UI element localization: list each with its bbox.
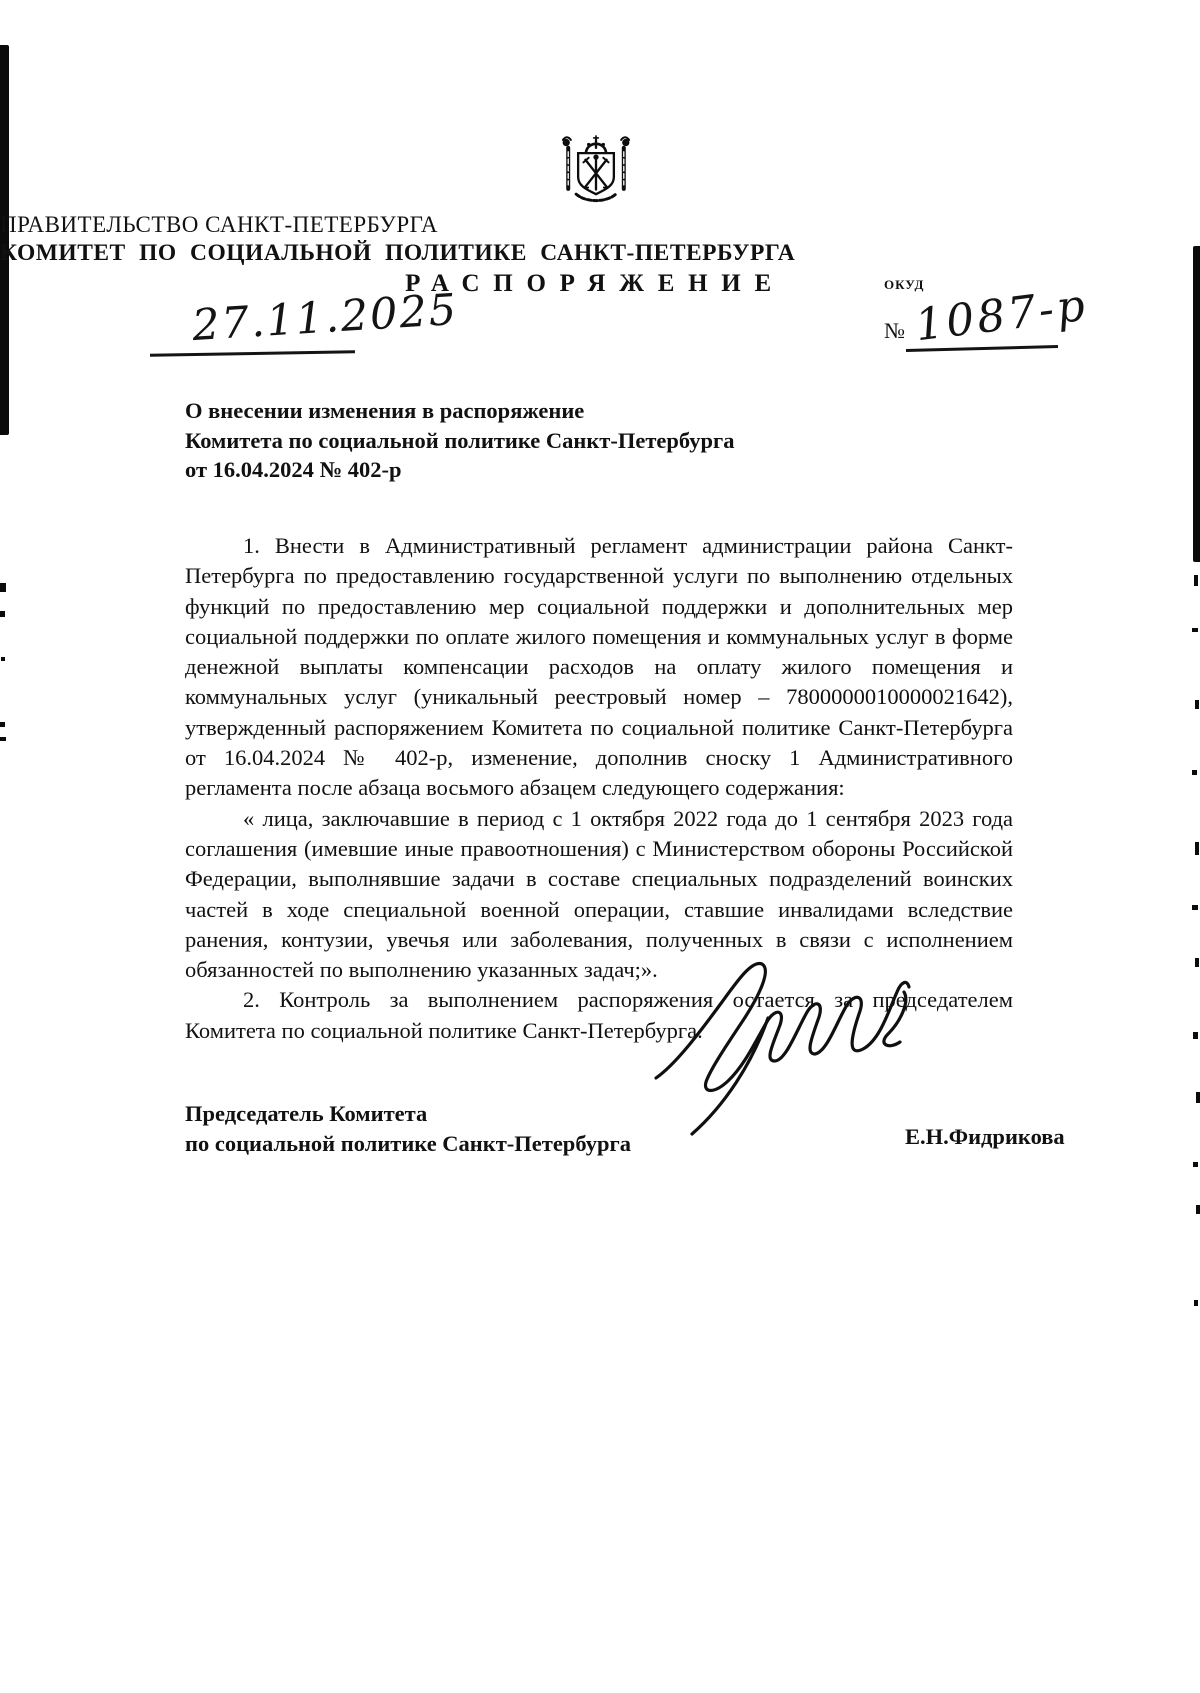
government-line: ПРАВИТЕЛЬСТВО САНКТ-ПЕТЕРБУРГА (0, 212, 1188, 238)
scan-speck (1195, 700, 1199, 709)
document-title: О внесении изменения в распоряжение Коми… (185, 396, 885, 485)
scan-speck (1194, 1300, 1198, 1306)
scan-speck (1196, 1205, 1200, 1214)
scan-speck (1193, 1032, 1198, 1039)
scan-speck (1193, 1162, 1198, 1167)
signatory-name: Е.Н.Фидрикова (905, 1124, 1065, 1150)
scan-speck (1192, 628, 1198, 632)
committee-line: КОМИТЕТ ПО СОЦИАЛЬНОЙ ПОЛИТИКЕ САНКТ-ПЕТ… (0, 240, 1188, 267)
scan-speck (1192, 905, 1198, 910)
scan-speck (1192, 770, 1197, 775)
scan-speck (1196, 1092, 1200, 1103)
scan-speck (1195, 842, 1199, 855)
date-underline (150, 350, 355, 357)
title-line-1: О внесении изменения в распоряжение (185, 396, 885, 426)
scan-speck (0, 611, 5, 617)
scan-speck (0, 737, 6, 741)
handwritten-signature (648, 948, 948, 1138)
number-sign: № (884, 318, 905, 344)
scan-speck (1, 657, 5, 661)
scan-speck (0, 583, 6, 592)
title-line-2: Комитета по социальной политике Санкт-Пе… (185, 426, 885, 456)
okud-label: ОКУД (884, 277, 924, 293)
title-line-3: от 16.04.2024 № 402-р (185, 455, 885, 485)
scan-speck (1195, 958, 1199, 967)
st-petersburg-coat-of-arms-icon (550, 128, 642, 214)
scan-speck (0, 722, 5, 727)
scan-speck (1194, 575, 1198, 586)
body-paragraph-1: 1. Внести в Административный регламент а… (185, 531, 1013, 804)
scan-artifact-right-bar (1193, 246, 1200, 562)
document-page: ПРАВИТЕЛЬСТВО САНКТ-ПЕТЕРБУРГА КОМИТЕТ П… (0, 0, 1200, 1693)
